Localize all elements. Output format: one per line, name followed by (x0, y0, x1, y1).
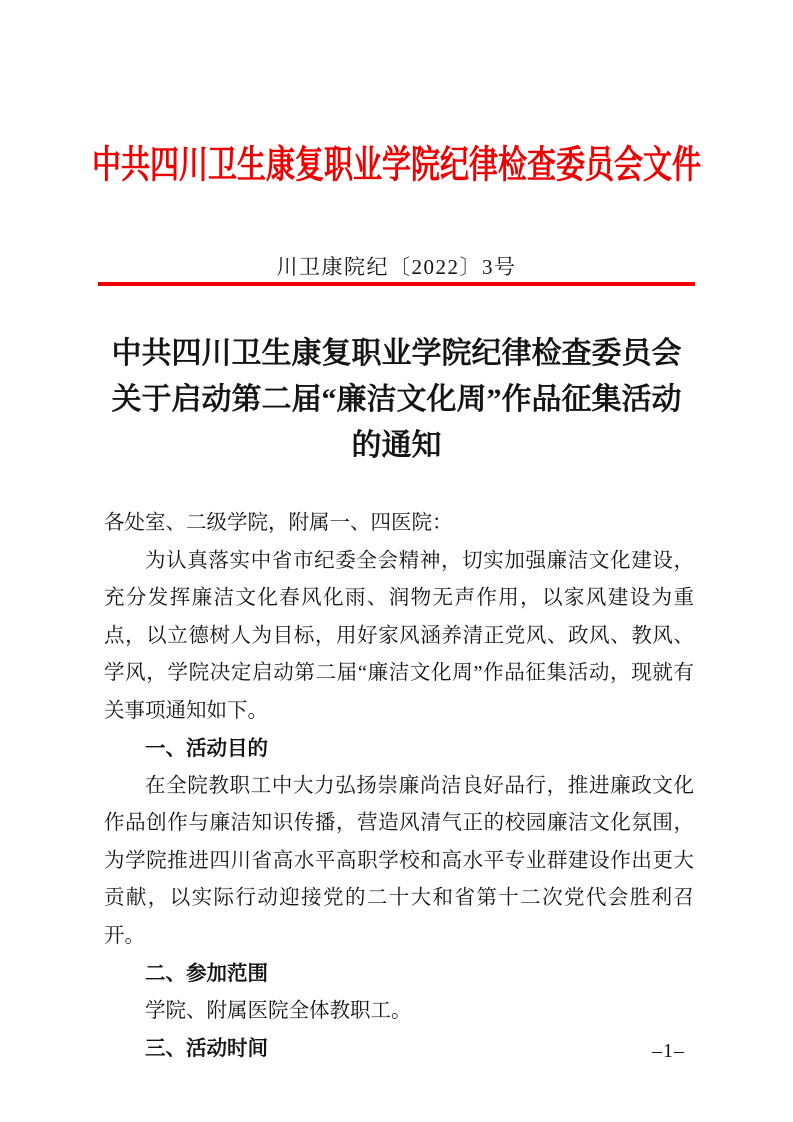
page-number: –1– (652, 1040, 685, 1063)
document-title-line-1: 中共四川卫生康复职业学院纪律检查委员会 (50, 331, 743, 377)
intro-paragraph: 为认真落实中省市纪委全会精神，切实加强廉洁文化建设，充分发挥廉洁文化春风化雨、润… (104, 543, 694, 731)
document-title-line-3: 的通知 (50, 423, 743, 469)
document-header-title: 中共四川卫生康复职业学院纪律检查委员会文件 (0, 146, 793, 188)
salutation: 各处室、二级学院，附属一、四医院： (104, 505, 694, 543)
document-number: 川卫康院纪〔2022〕3号 (0, 251, 793, 281)
section-2-heading: 二、参加范围 (104, 955, 694, 993)
document-page: 中共四川卫生康复职业学院纪律检查委员会文件 川卫康院纪〔2022〕3号 中共四川… (0, 0, 793, 1122)
document-title-line-2: 关于启动第二届“廉洁文化周”作品征集活动 (50, 377, 743, 423)
section-3-heading: 三、活动时间 (104, 1030, 694, 1068)
section-1-heading: 一、活动目的 (104, 730, 694, 768)
document-title: 中共四川卫生康复职业学院纪律检查委员会 关于启动第二届“廉洁文化周”作品征集活动… (50, 331, 743, 469)
red-separator-line (98, 282, 695, 286)
section-1-content: 在全院教职工中大力弘扬崇廉尚洁良好品行，推进廉政文化作品创作与廉洁知识传播，营造… (104, 768, 694, 956)
document-body: 各处室、二级学院，附属一、四医院： 为认真落实中省市纪委全会精神，切实加强廉洁文… (104, 505, 694, 1068)
section-2-content: 学院、附属医院全体教职工。 (104, 993, 694, 1031)
